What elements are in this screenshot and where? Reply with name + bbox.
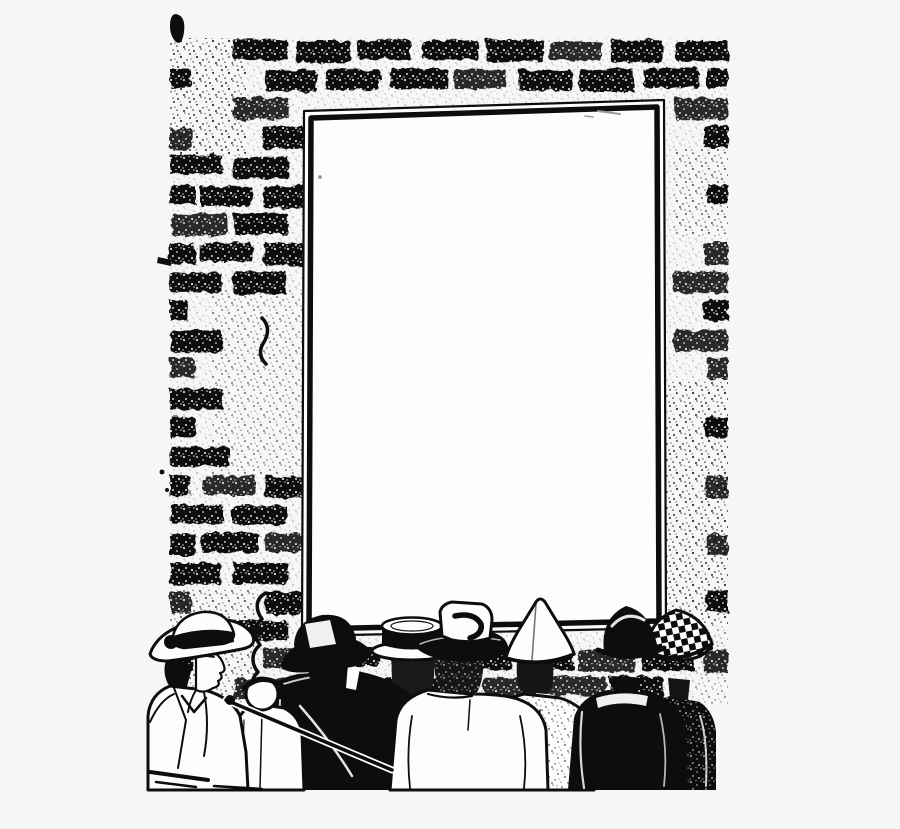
ground-stroke-4 (330, 788, 372, 789)
mark-left-dot-2 (165, 488, 169, 492)
woman-hat-bow (164, 635, 178, 649)
bowler-man-coat (568, 690, 688, 790)
scuff-dash-2 (585, 116, 593, 117)
mark-left-dot-1 (160, 470, 165, 475)
illustration: Vintage halftone illustration: a crowd w… (0, 0, 900, 829)
woman-hand (225, 695, 235, 705)
poster-paper (302, 100, 666, 636)
scuff-dot (318, 175, 322, 179)
checkered-man-neck (668, 678, 690, 700)
bowler-man-neck (612, 676, 640, 694)
illustration-canvas: Vintage halftone illustration: a crowd w… (0, 0, 900, 829)
light-hat-crown (440, 602, 492, 642)
poster (302, 100, 666, 636)
